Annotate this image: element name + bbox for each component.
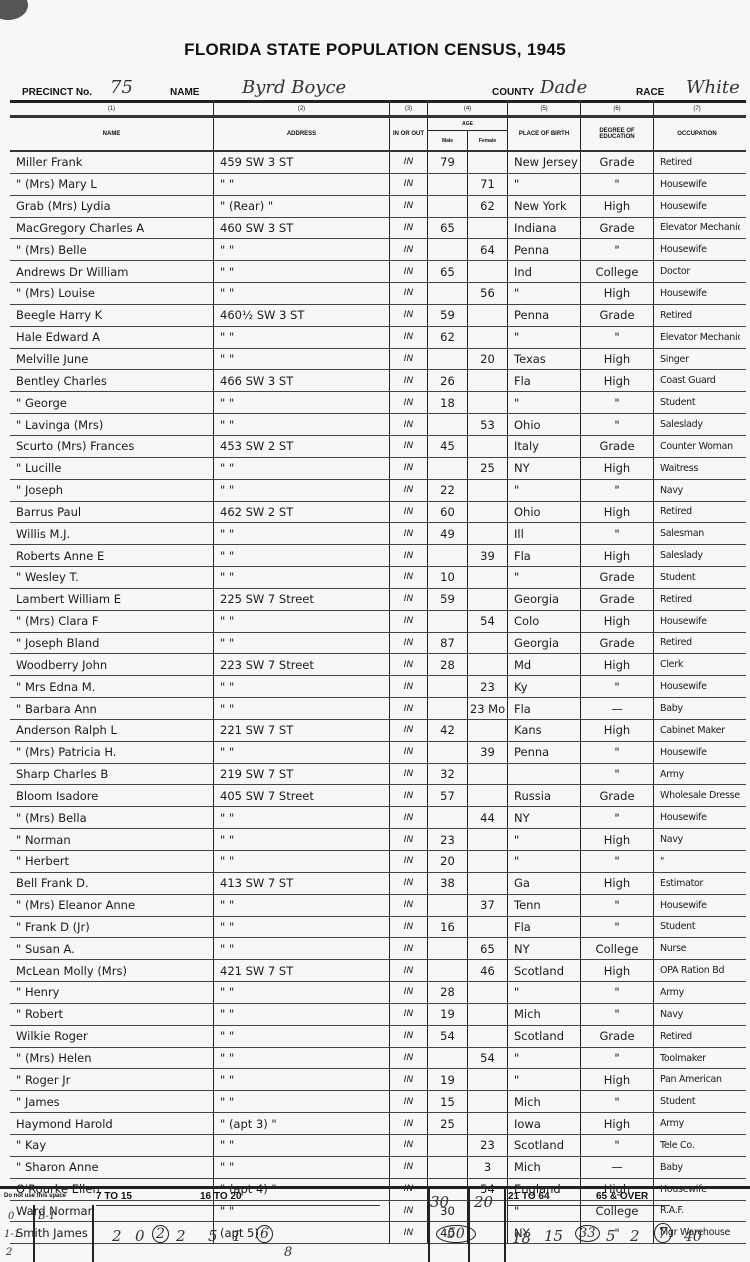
- cell-female-age: [468, 1091, 508, 1112]
- cell-in-out: IN: [390, 480, 428, 501]
- cell-person-name: Beegle Harry K: [10, 305, 214, 326]
- cell-person-name: Andrews Dr William: [10, 261, 214, 282]
- cell-male-age: [428, 349, 468, 370]
- cell-birthplace: NY: [508, 807, 581, 828]
- reserved-note: Do not use this space: [4, 1193, 66, 1199]
- cell-occupation: Salesman: [654, 523, 740, 544]
- cell-address: " ": [214, 895, 390, 916]
- table-row: McLean Molly (Mrs)421 SW 7 STIN46Scotlan…: [10, 960, 746, 982]
- scan-corner-mark: [0, 0, 28, 20]
- cell-birthplace: Georgia: [508, 589, 581, 610]
- cell-birthplace: Mich: [508, 1004, 581, 1025]
- cell-female-age: 39: [468, 545, 508, 566]
- cell-male-age: [428, 196, 468, 217]
- cell-female-age: [468, 436, 508, 457]
- cell-occupation: Navy: [654, 480, 740, 501]
- cell-education: ": [581, 807, 654, 828]
- table-row: " (Mrs) Louise" "IN56"HighHousewife: [10, 283, 746, 305]
- table-row: " Joseph" "IN22""Navy: [10, 480, 746, 502]
- cell-education: ": [581, 1135, 654, 1156]
- cell-person-name: Woodberry John: [10, 654, 214, 675]
- cell-address: 459 SW 3 ST: [214, 152, 390, 173]
- cell-female-age: 46: [468, 960, 508, 981]
- cell-education: Grade: [581, 436, 654, 457]
- table-row: Bentley Charles466 SW 3 STIN26FlaHighCoa…: [10, 370, 746, 392]
- cell-address: " ": [214, 1157, 390, 1178]
- cell-person-name: " Herbert: [10, 851, 214, 872]
- cell-in-out: IN: [390, 196, 428, 217]
- tally-7-15-label: 7 TO 15: [96, 1191, 132, 1202]
- table-row: Anderson Ralph L221 SW 7 STIN42KansHighC…: [10, 720, 746, 742]
- cell-birthplace: Iowa: [508, 1113, 581, 1134]
- cell-birthplace: Mich: [508, 1091, 581, 1112]
- cell-in-out: IN: [390, 785, 428, 806]
- cell-in-out: IN: [390, 1004, 428, 1025]
- cell-birthplace: ": [508, 982, 581, 1003]
- cell-education: High: [581, 960, 654, 981]
- cell-in-out: IN: [390, 698, 428, 719]
- cell-birthplace: ": [508, 851, 581, 872]
- colnum-7: (7): [654, 103, 740, 115]
- cell-male-age: 25: [428, 1113, 468, 1134]
- cell-birthplace: Penna: [508, 239, 581, 260]
- cell-occupation: Retired: [654, 502, 740, 523]
- cell-education: ": [581, 1004, 654, 1025]
- cell-education: High: [581, 349, 654, 370]
- cell-education: ": [581, 895, 654, 916]
- county-value: Dade: [540, 77, 587, 98]
- table-row: " Kay" "IN23Scotland"Tele Co.: [10, 1135, 746, 1157]
- cell-in-out: IN: [390, 960, 428, 981]
- f-16-20: 1: [232, 1227, 242, 1245]
- cell-person-name: Roberts Anne E: [10, 545, 214, 566]
- cell-birthplace: ": [508, 1069, 581, 1090]
- table-row: " (Mrs) Clara F" "IN54ColoHighHousewife: [10, 611, 746, 633]
- cell-occupation: Student: [654, 567, 740, 588]
- table-row: " Lucille" "IN25NYHighWaitress: [10, 458, 746, 480]
- cell-birthplace: ": [508, 829, 581, 850]
- cell-occupation: Waitress: [654, 458, 740, 479]
- cell-in-out: IN: [390, 370, 428, 391]
- m-65: 5: [606, 1227, 616, 1245]
- column-numbers: (1) (2) (3) (4) (5) (6) (7): [10, 103, 746, 118]
- table-row: " Wesley T." "IN10"GradeStudent: [10, 567, 746, 589]
- cell-person-name: Melville June: [10, 349, 214, 370]
- cell-education: College: [581, 261, 654, 282]
- code-2: 2: [6, 1247, 12, 1258]
- cell-education: ": [581, 1048, 654, 1069]
- cell-occupation: Housewife: [654, 807, 740, 828]
- cell-female-age: [468, 152, 508, 173]
- cell-education: ": [581, 480, 654, 501]
- cell-address: " ": [214, 480, 390, 501]
- table-row: " Roger Jr" "IN19"HighPan American: [10, 1069, 746, 1091]
- table-row: Grab (Mrs) Lydia" (Rear) "IN62New YorkHi…: [10, 196, 746, 218]
- cell-education: ": [581, 676, 654, 697]
- cell-in-out: IN: [390, 283, 428, 304]
- cell-address: " ": [214, 982, 390, 1003]
- cell-occupation: Student: [654, 1091, 740, 1112]
- cell-education: ": [581, 764, 654, 785]
- cell-address: " ": [214, 327, 390, 348]
- cell-in-out: IN: [390, 1048, 428, 1069]
- cell-occupation: Student: [654, 392, 740, 413]
- cell-occupation: Retired: [654, 1026, 740, 1047]
- cell-person-name: " Lavinga (Mrs): [10, 414, 214, 435]
- cell-male-age: 19: [428, 1004, 468, 1025]
- cell-birthplace: Ill: [508, 523, 581, 544]
- table-row: " Robert" "IN19Mich"Navy: [10, 1004, 746, 1026]
- cell-occupation: Housewife: [654, 676, 740, 697]
- cell-address: " ": [214, 523, 390, 544]
- cell-person-name: Wilkie Roger: [10, 1026, 214, 1047]
- cell-birthplace: ": [508, 327, 581, 348]
- cell-in-out: IN: [390, 349, 428, 370]
- cell-in-out: IN: [390, 174, 428, 195]
- colnum-4: (4): [428, 103, 508, 115]
- cell-birthplace: NY: [508, 458, 581, 479]
- cell-occupation: Student: [654, 917, 740, 938]
- cell-address: " (apt 3) ": [214, 1113, 390, 1134]
- cell-in-out: IN: [390, 545, 428, 566]
- cell-address: 413 SW 7 ST: [214, 873, 390, 894]
- cell-birthplace: Ohio: [508, 502, 581, 523]
- cell-address: " (Rear) ": [214, 196, 390, 217]
- cell-occupation: Retired: [654, 633, 740, 654]
- cell-birthplace: Ga: [508, 873, 581, 894]
- cell-male-age: [428, 283, 468, 304]
- cell-female-age: [468, 873, 508, 894]
- grand-total: 50: [436, 1225, 476, 1243]
- cell-female-age: [468, 218, 508, 239]
- cell-female-age: [468, 829, 508, 850]
- cell-female-age: 39: [468, 742, 508, 763]
- summary-tally: Do not use this space 7 TO 15 16 TO 20 3…: [0, 1186, 750, 1262]
- cell-female-age: 54: [468, 611, 508, 632]
- cell-address: " ": [214, 1091, 390, 1112]
- cell-address: " ": [214, 567, 390, 588]
- cell-female-age: [468, 567, 508, 588]
- t-65: 7: [654, 1223, 672, 1243]
- table-row: " Herbert" "IN20""": [10, 851, 746, 873]
- cell-address: " ": [214, 174, 390, 195]
- cell-education: ": [581, 1091, 654, 1112]
- cell-in-out: IN: [390, 392, 428, 413]
- cell-male-age: [428, 1157, 468, 1178]
- cell-education: —: [581, 1157, 654, 1178]
- cell-person-name: McLean Molly (Mrs): [10, 960, 214, 981]
- code-b: B-1: [38, 1211, 55, 1222]
- cell-birthplace: Ky: [508, 676, 581, 697]
- cell-female-age: [468, 480, 508, 501]
- cell-occupation: Housewife: [654, 742, 740, 763]
- cell-male-age: 45: [428, 436, 468, 457]
- cell-in-out: IN: [390, 895, 428, 916]
- cell-birthplace: Mich: [508, 1157, 581, 1178]
- cell-person-name: " Robert: [10, 1004, 214, 1025]
- cell-female-age: 20: [468, 349, 508, 370]
- cell-birthplace: Scotland: [508, 1026, 581, 1047]
- table-row: " Joseph Bland" "IN87GeorgiaGradeRetired: [10, 633, 746, 655]
- cell-occupation: Clerk: [654, 654, 740, 675]
- cell-address: " ": [214, 938, 390, 959]
- cell-occupation: Cabinet Maker: [654, 720, 740, 741]
- cell-occupation: Nurse: [654, 938, 740, 959]
- cell-female-age: [468, 851, 508, 872]
- header-age: AGE Male Female: [428, 118, 508, 150]
- cell-address: " ": [214, 1004, 390, 1025]
- tally-65-label: 65 & OVER: [596, 1191, 648, 1202]
- cell-female-age: 64: [468, 239, 508, 260]
- cell-male-age: 57: [428, 785, 468, 806]
- cell-person-name: " Norman: [10, 829, 214, 850]
- table-row: Wilkie Roger" "IN54ScotlandGradeRetired: [10, 1026, 746, 1048]
- cell-occupation: Navy: [654, 1004, 740, 1025]
- cell-male-age: 60: [428, 502, 468, 523]
- cell-education: High: [581, 458, 654, 479]
- cell-occupation: Elevator Mechanic: [654, 327, 740, 348]
- cell-education: High: [581, 283, 654, 304]
- t-21-64: 33: [575, 1225, 600, 1242]
- table-row: Beegle Harry K460½ SW 3 STIN59PennaGrade…: [10, 305, 746, 327]
- form-title: FLORIDA STATE POPULATION CENSUS, 1945: [0, 40, 750, 60]
- summary-divider: [468, 1189, 470, 1262]
- cell-occupation: Housewife: [654, 174, 740, 195]
- cell-address: " ": [214, 283, 390, 304]
- cell-occupation: Retired: [654, 152, 740, 173]
- cell-person-name: " James: [10, 1091, 214, 1112]
- cell-education: College: [581, 938, 654, 959]
- cell-address: " ": [214, 458, 390, 479]
- cell-in-out: IN: [390, 414, 428, 435]
- cell-birthplace: Scotland: [508, 1135, 581, 1156]
- cell-education: High: [581, 873, 654, 894]
- cell-address: " ": [214, 698, 390, 719]
- extra-value: 8: [284, 1245, 292, 1260]
- cell-education: ": [581, 742, 654, 763]
- tally-21-64-label: 21 TO 64: [508, 1191, 550, 1202]
- cell-person-name: Bloom Isadore: [10, 785, 214, 806]
- cell-person-name: Bell Frank D.: [10, 873, 214, 894]
- cell-birthplace: Tenn: [508, 895, 581, 916]
- cell-address: 460 SW 3 ST: [214, 218, 390, 239]
- cell-person-name: " Henry: [10, 982, 214, 1003]
- table-row: Bell Frank D.413 SW 7 STIN38GaHighEstima…: [10, 873, 746, 895]
- cell-male-age: 62: [428, 327, 468, 348]
- cell-male-age: 59: [428, 589, 468, 610]
- cell-occupation: Navy: [654, 829, 740, 850]
- cell-in-out: IN: [390, 239, 428, 260]
- summary-divider: [33, 1205, 35, 1262]
- table-row: Melville June" "IN20TexasHighSinger: [10, 349, 746, 371]
- cell-male-age: [428, 807, 468, 828]
- race-value: White: [686, 77, 740, 98]
- cell-male-age: 38: [428, 873, 468, 894]
- cell-female-age: [468, 261, 508, 282]
- cell-education: Grade: [581, 305, 654, 326]
- cell-female-age: 54: [468, 1048, 508, 1069]
- cell-in-out: IN: [390, 611, 428, 632]
- cell-person-name: " (Mrs) Eleanor Anne: [10, 895, 214, 916]
- cell-in-out: IN: [390, 764, 428, 785]
- cell-female-age: [468, 370, 508, 391]
- table-row: " Henry" "IN28""Army: [10, 982, 746, 1004]
- cell-male-age: [428, 960, 468, 981]
- enumerator-name-label: NAME: [170, 87, 199, 98]
- cell-occupation: Army: [654, 982, 740, 1003]
- cell-occupation: Housewife: [654, 895, 740, 916]
- cell-education: ": [581, 327, 654, 348]
- cell-address: " ": [214, 392, 390, 413]
- cell-birthplace: Scotland: [508, 960, 581, 981]
- cell-education: High: [581, 720, 654, 741]
- cell-education: Grade: [581, 152, 654, 173]
- cell-person-name: " Kay: [10, 1135, 214, 1156]
- cell-address: " ": [214, 742, 390, 763]
- cell-occupation: Saleslady: [654, 545, 740, 566]
- cell-person-name: " Roger Jr: [10, 1069, 214, 1090]
- cell-education: ": [581, 523, 654, 544]
- cell-person-name: " Barbara Ann: [10, 698, 214, 719]
- cell-in-out: IN: [390, 502, 428, 523]
- cell-male-age: [428, 676, 468, 697]
- cell-person-name: " (Mrs) Mary L: [10, 174, 214, 195]
- cell-birthplace: Indiana: [508, 218, 581, 239]
- table-row: " Susan A." "IN65NYCollegeNurse: [10, 938, 746, 960]
- total-right: 40: [684, 1229, 702, 1245]
- cell-education: Grade: [581, 589, 654, 610]
- cell-birthplace: ": [508, 567, 581, 588]
- cell-female-age: [468, 764, 508, 785]
- cell-education: High: [581, 1113, 654, 1134]
- cell-education: ": [581, 917, 654, 938]
- cell-birthplace: NY: [508, 938, 581, 959]
- cell-birthplace: Texas: [508, 349, 581, 370]
- cell-male-age: 28: [428, 982, 468, 1003]
- cell-education: —: [581, 698, 654, 719]
- table-row: " (Mrs) Helen" "IN54""Toolmaker: [10, 1048, 746, 1070]
- cell-in-out: IN: [390, 218, 428, 239]
- cell-female-age: 56: [468, 283, 508, 304]
- cell-birthplace: Fla: [508, 698, 581, 719]
- cell-address: 405 SW 7 Street: [214, 785, 390, 806]
- cell-in-out: IN: [390, 1113, 428, 1134]
- cell-female-age: 23 Mo: [468, 698, 508, 719]
- table-row: " Lavinga (Mrs)" "IN53Ohio"Saleslady: [10, 414, 746, 436]
- cell-female-age: [468, 502, 508, 523]
- cell-address: 453 SW 2 ST: [214, 436, 390, 457]
- m-21-64: 18: [512, 1229, 531, 1247]
- cell-male-age: 18: [428, 392, 468, 413]
- table-row: " Norman" "IN23"HighNavy: [10, 829, 746, 851]
- cell-male-age: 49: [428, 523, 468, 544]
- cell-occupation: Housewife: [654, 611, 740, 632]
- cell-in-out: IN: [390, 1091, 428, 1112]
- cell-address: " ": [214, 633, 390, 654]
- summary-divider: [92, 1205, 94, 1262]
- race-label: RACE: [636, 87, 664, 98]
- cell-birthplace: Ind: [508, 261, 581, 282]
- cell-in-out: IN: [390, 938, 428, 959]
- column-headers: NAME ADDRESS IN OR OUT AGE Male Female P…: [10, 118, 746, 152]
- cell-birthplace: Italy: [508, 436, 581, 457]
- table-row: " Sharon Anne" "IN3Mich—Baby: [10, 1157, 746, 1179]
- cell-address: " ": [214, 611, 390, 632]
- precinct-value: 75: [110, 77, 133, 98]
- summary-divider: [504, 1189, 506, 1262]
- cell-female-age: [468, 633, 508, 654]
- cell-birthplace: Colo: [508, 611, 581, 632]
- cell-male-age: 16: [428, 917, 468, 938]
- header-address: ADDRESS: [214, 118, 390, 150]
- cell-person-name: Barrus Paul: [10, 502, 214, 523]
- header-birthplace: PLACE OF BIRTH: [508, 118, 581, 150]
- cell-occupation: Estimator: [654, 873, 740, 894]
- cell-occupation: Army: [654, 764, 740, 785]
- cell-in-out: IN: [390, 829, 428, 850]
- cell-person-name: " (Mrs) Patricia H.: [10, 742, 214, 763]
- cell-birthplace: ": [508, 1048, 581, 1069]
- colnum-3: (3): [390, 103, 428, 115]
- cell-male-age: [428, 239, 468, 260]
- cell-occupation: ": [654, 851, 740, 872]
- cell-education: Grade: [581, 785, 654, 806]
- cell-address: " ": [214, 807, 390, 828]
- cell-in-out: IN: [390, 676, 428, 697]
- cell-male-age: 10: [428, 567, 468, 588]
- table-row: Scurto (Mrs) Frances453 SW 2 STIN45Italy…: [10, 436, 746, 458]
- cell-in-out: IN: [390, 152, 428, 173]
- cell-male-age: [428, 174, 468, 195]
- cell-female-age: [468, 392, 508, 413]
- cell-address: 223 SW 7 Street: [214, 654, 390, 675]
- cell-address: " ": [214, 676, 390, 697]
- table-row: " Mrs Edna M." "IN23Ky"Housewife: [10, 676, 746, 698]
- cell-occupation: Counter Woman: [654, 436, 740, 457]
- cell-address: " ": [214, 1048, 390, 1069]
- cell-address: 462 SW 2 ST: [214, 502, 390, 523]
- colnum-2: (2): [214, 103, 390, 115]
- table-row: " Frank D (Jr)" "IN16Fla"Student: [10, 917, 746, 939]
- cell-person-name: " George: [10, 392, 214, 413]
- cell-occupation: Retired: [654, 305, 740, 326]
- cell-male-age: [428, 611, 468, 632]
- cell-female-age: [468, 523, 508, 544]
- header-name: NAME: [10, 118, 214, 150]
- cell-address: 421 SW 7 ST: [214, 960, 390, 981]
- cell-address: " ": [214, 917, 390, 938]
- cell-female-age: [468, 917, 508, 938]
- table-row: " James" "IN15Mich"Student: [10, 1091, 746, 1113]
- cell-address: 219 SW 7 ST: [214, 764, 390, 785]
- cell-male-age: [428, 698, 468, 719]
- cell-occupation: Retired: [654, 589, 740, 610]
- cell-female-age: 53: [468, 414, 508, 435]
- form-header: PRECINCT No. 75 NAME Byrd Boyce COUNTY D…: [10, 78, 746, 103]
- cell-person-name: " Joseph: [10, 480, 214, 501]
- cell-male-age: [428, 938, 468, 959]
- cell-address: " ": [214, 1135, 390, 1156]
- cell-person-name: Scurto (Mrs) Frances: [10, 436, 214, 457]
- cell-person-name: " (Mrs) Clara F: [10, 611, 214, 632]
- cell-male-age: [428, 458, 468, 479]
- cell-male-age: 20: [428, 851, 468, 872]
- cell-in-out: IN: [390, 327, 428, 348]
- cell-education: High: [581, 1069, 654, 1090]
- cell-occupation: Baby: [654, 698, 740, 719]
- cell-male-age: 15: [428, 1091, 468, 1112]
- cell-education: ": [581, 851, 654, 872]
